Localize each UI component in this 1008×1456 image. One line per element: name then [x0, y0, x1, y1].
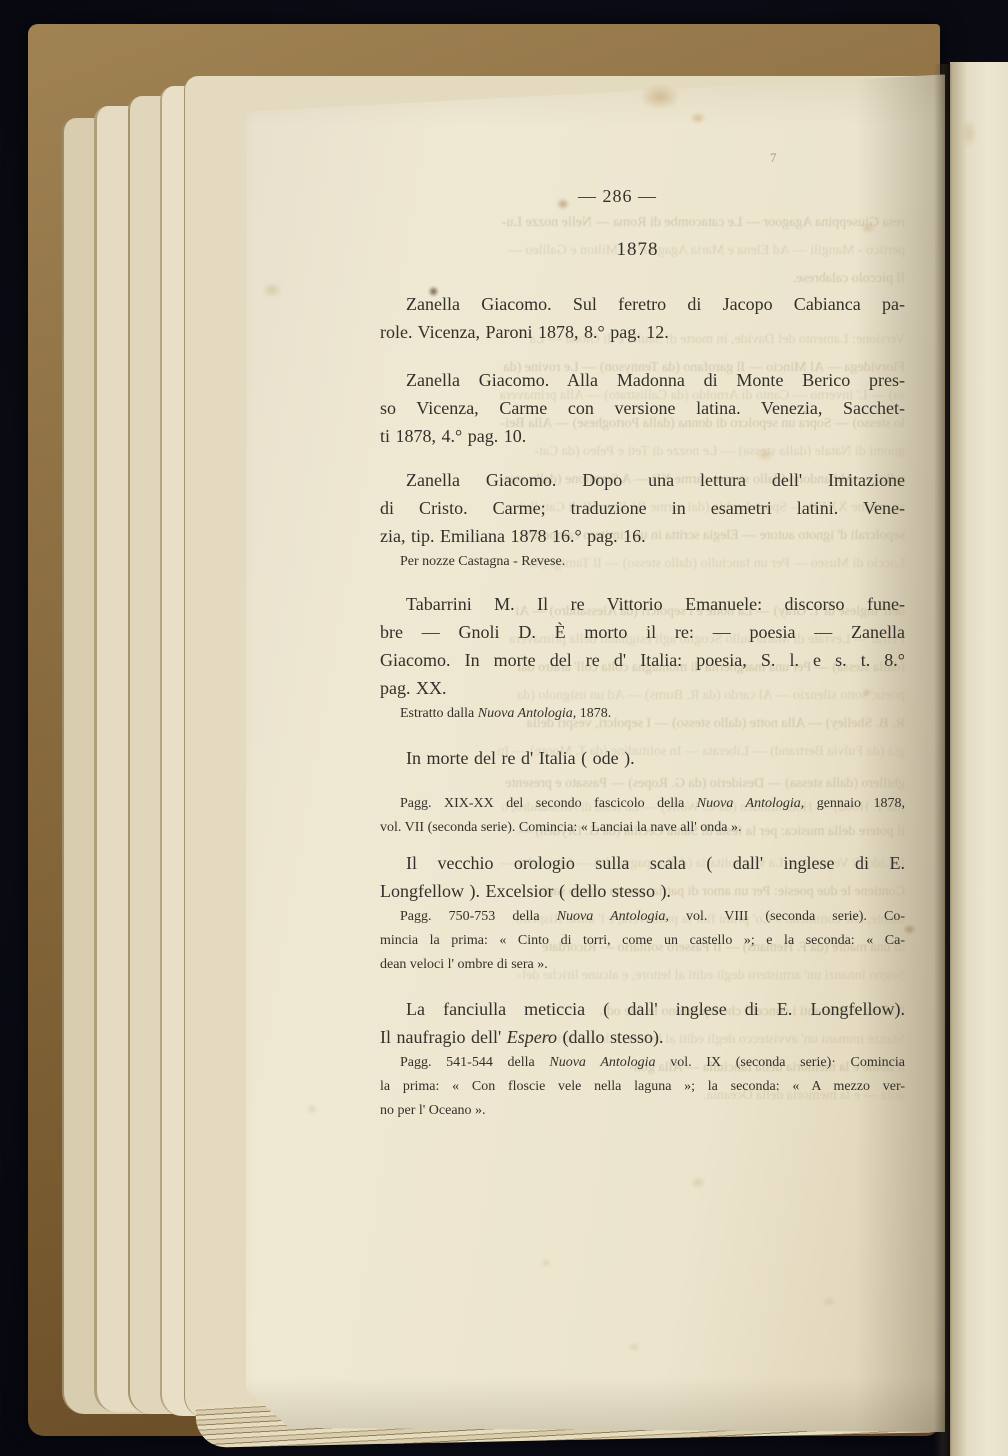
text-segment: Per nozze Castagna - Revese.	[400, 554, 565, 569]
text-segment: no per l' Oceano ».	[380, 1103, 486, 1118]
page-folio: — 286 —	[380, 182, 905, 210]
text-line: La fanciulla meticcia ( dall' inglese di…	[380, 995, 905, 1023]
text-line: bre — Gnoli D. È morto il re: — poesia —…	[380, 618, 905, 646]
text-segment: La fanciulla meticcia ( dall' inglese di…	[406, 999, 905, 1019]
text-line: no per l' Oceano ».	[380, 1099, 905, 1123]
entry-paragraph: Zanella Giacomo. Dopo una lettura dell' …	[380, 466, 905, 550]
text-segment: zia, tip. Emiliana 1878 16.° pag. 16.	[380, 526, 646, 546]
entry-paragraph: Zanella Giacomo. Sul feretro di Jacopo C…	[380, 290, 905, 346]
text-segment: Pagg. 750-753 della	[400, 909, 557, 924]
text-line: Il naufragio dell' Espero (dallo stesso)…	[380, 1023, 905, 1051]
text-segment: vol. IX (seconda serie)· Comincia	[656, 1055, 905, 1070]
italic-text-segment: Espero	[507, 1027, 557, 1047]
text-segment: Tabarrini M. Il re Vittorio Emanuele: di…	[406, 594, 905, 614]
photo-background: { "page": { "folio": "— 286 —", "year": …	[0, 0, 1008, 1456]
italic-text-segment: Nuova Antologia,	[697, 796, 804, 811]
text-line: Pagg. 541-544 della Nuova Antologia vol.…	[380, 1051, 905, 1075]
note-paragraph: Pagg. 541-544 della Nuova Antologia vol.…	[380, 1051, 905, 1123]
italic-text-segment: Nuova Antologia,	[478, 706, 577, 721]
text-line: ti 1878, 4.° pag. 10.	[380, 422, 905, 450]
text-line: Il vecchio orologio sulla scala ( dall' …	[380, 849, 905, 877]
text-segment: pag. XX.	[380, 678, 447, 698]
text-segment: di Cristo. Carme; traduzione in esametri…	[380, 498, 905, 518]
text-line: Pagg. XIX-XX del secondo fascicolo della…	[380, 792, 905, 816]
text-line: Zanella Giacomo. Sul feretro di Jacopo C…	[380, 290, 905, 318]
text-segment: Zanella Giacomo. Dopo una lettura dell' …	[406, 470, 905, 490]
text-line: la prima: « Con floscie vele nella lagun…	[380, 1075, 905, 1099]
text-segment: Il vecchio orologio sulla scala ( dall' …	[406, 853, 905, 873]
text-segment: (dallo stesso).	[557, 1027, 663, 1047]
text-line: zia, tip. Emiliana 1878 16.° pag. 16.	[380, 522, 905, 550]
text-segment: dean veloci l' ombre di sera ».	[380, 957, 548, 972]
text-segment: In morte del re d' Italia ( ode ).	[406, 748, 635, 768]
text-column: — 286 — 1878 Zanella Giacomo. Sul feretr…	[380, 58, 905, 1123]
text-segment: Il naufragio dell'	[380, 1027, 507, 1047]
text-line: so Vicenza, Carme con versione latina. V…	[380, 394, 905, 422]
text-line: Giacomo. In morte del re d' Italia: poes…	[380, 646, 905, 674]
text-line: Zanella Giacomo. Alla Madonna di Monte B…	[380, 366, 905, 394]
main-page: resa Giuseppina Agagoor — Le catacombe d…	[196, 58, 945, 1432]
text-segment: bre — Gnoli D. È morto il re: — poesia —…	[380, 622, 905, 642]
note-paragraph: Per nozze Castagna - Revese.	[380, 550, 905, 574]
text-line: Pagg. 750-753 della Nuova Antologia, vol…	[380, 905, 905, 929]
text-segment: Zanella Giacomo. Alla Madonna di Monte B…	[406, 370, 905, 390]
heading-paragraph: In morte del re d' Italia ( ode ).	[380, 744, 905, 772]
text-line: Estratto dalla Nuova Antologia, 1878.	[380, 702, 905, 726]
text-segment: ti 1878, 4.° pag. 10.	[380, 426, 526, 446]
entry-paragraph: Zanella Giacomo. Alla Madonna di Monte B…	[380, 366, 905, 450]
note-paragraph: Pagg. XIX-XX del secondo fascicolo della…	[380, 792, 905, 840]
pen-mark: 7	[770, 150, 777, 166]
text-segment: role. Vicenza, Paroni 1878, 8.° pag. 12.	[380, 322, 669, 342]
italic-text-segment: Nuova Antologia	[549, 1055, 655, 1070]
text-line: pag. XX.	[380, 674, 905, 702]
entry-paragraph: La fanciulla meticcia ( dall' inglese di…	[380, 995, 905, 1051]
entry-paragraph: Il vecchio orologio sulla scala ( dall' …	[380, 849, 905, 905]
italic-text-segment: Nuova Antologia,	[557, 909, 669, 924]
text-line: di Cristo. Carme; traduzione in esametri…	[380, 494, 905, 522]
year-heading: 1878	[380, 236, 905, 264]
text-segment: la prima: « Con floscie vele nella lagun…	[380, 1079, 905, 1094]
entry-paragraph: Tabarrini M. Il re Vittorio Emanuele: di…	[380, 590, 905, 702]
text-segment: vol. VIII (seconda serie). Co-	[669, 909, 905, 924]
text-segment: Zanella Giacomo. Sul feretro di Jacopo C…	[406, 294, 905, 314]
text-line: In morte del re d' Italia ( ode ).	[380, 744, 905, 772]
text-segment: mincia la prima: « Cinto di torri, come …	[380, 933, 905, 948]
text-segment: Longfellow ). Excelsior ( dello stesso )…	[380, 881, 671, 901]
text-line: dean veloci l' ombre di sera ».	[380, 953, 905, 977]
note-paragraph: Pagg. 750-753 della Nuova Antologia, vol…	[380, 905, 905, 977]
text-segment: 1878.	[576, 706, 611, 721]
facing-page-sliver	[950, 62, 1008, 1456]
text-segment: gennaio 1878,	[804, 796, 905, 811]
text-line: Tabarrini M. Il re Vittorio Emanuele: di…	[380, 590, 905, 618]
text-segment: Estratto dalla	[400, 706, 478, 721]
text-line: Zanella Giacomo. Dopo una lettura dell' …	[380, 466, 905, 494]
text-line: Longfellow ). Excelsior ( dello stesso )…	[380, 877, 905, 905]
text-line: vol. VII (seconda serie). Comincia: « La…	[380, 816, 905, 840]
text-line: mincia la prima: « Cinto di torri, come …	[380, 929, 905, 953]
text-line: Per nozze Castagna - Revese.	[380, 550, 905, 574]
text-segment: vol. VII (seconda serie). Comincia: « La…	[380, 820, 741, 835]
text-segment: Pagg. XIX-XX del secondo fascicolo della	[400, 796, 697, 811]
gutter-crease	[934, 64, 952, 1456]
text-segment: Pagg. 541-544 della	[400, 1055, 549, 1070]
text-segment: Giacomo. In morte del re d' Italia: poes…	[380, 650, 905, 670]
text-line: role. Vicenza, Paroni 1878, 8.° pag. 12.	[380, 318, 905, 346]
note-paragraph: Estratto dalla Nuova Antologia, 1878.	[380, 702, 905, 726]
text-segment: so Vicenza, Carme con versione latina. V…	[380, 398, 905, 418]
